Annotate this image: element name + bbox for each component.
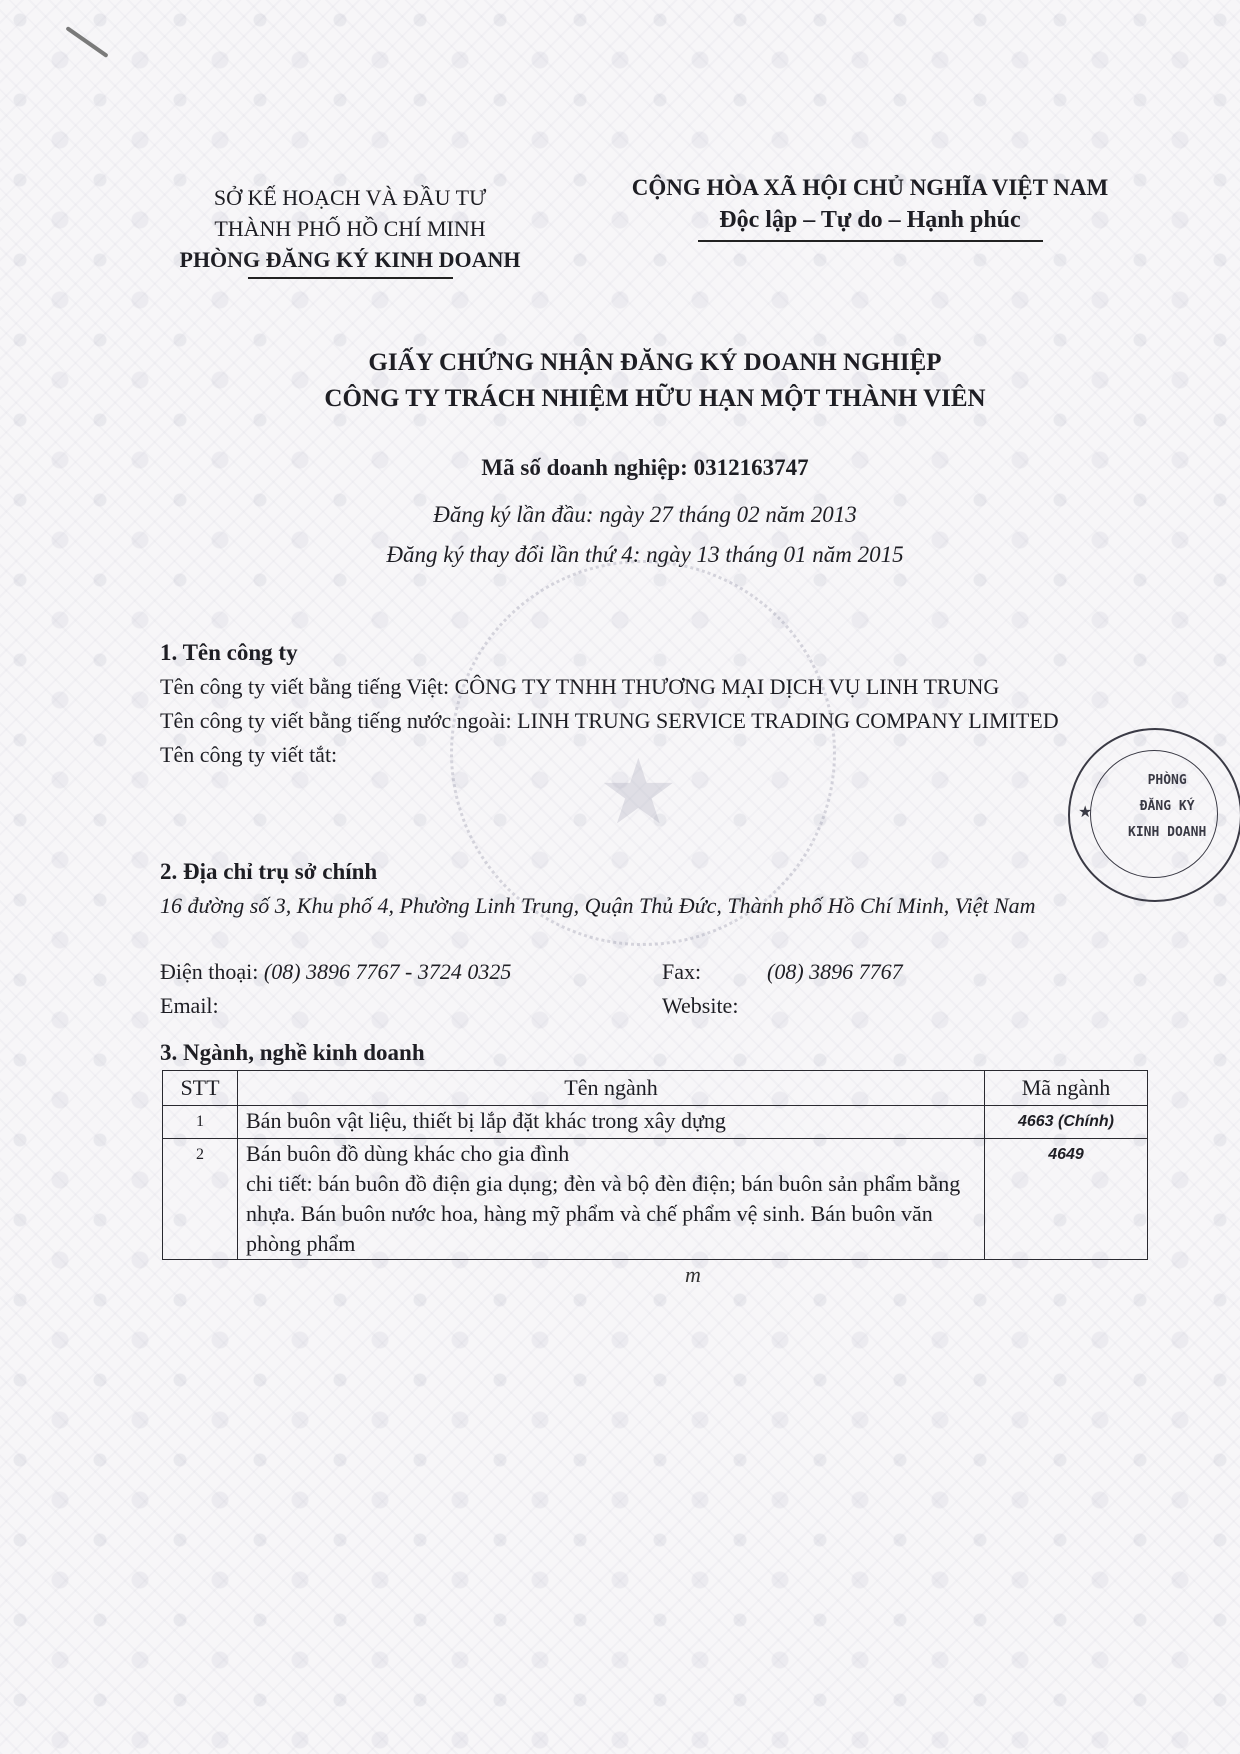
title-line-2: CÔNG TY TRÁCH NHIỆM HỮU HẠN MỘT THÀNH VI… [230, 381, 1080, 417]
enterprise-code: Mã số doanh nghiệp: 0312163747 [300, 455, 990, 481]
row-name-main: Bán buôn đồ dùng khác cho gia đình [246, 1139, 976, 1169]
authority-line-2: THÀNH PHỐ HỒ CHÍ MINH [150, 213, 550, 244]
row-name-detail: chi tiết: bán buôn đồ điện gia dụng; đèn… [246, 1169, 976, 1259]
row-code: 4649 [985, 1139, 1148, 1260]
column-header-name: Tên ngành [238, 1071, 985, 1106]
handwritten-initial: m [685, 1262, 701, 1288]
row-code: 4663 (Chính) [985, 1106, 1148, 1139]
change-registration: Đăng ký thay đổi lần thứ 4: ngày 13 thán… [300, 535, 990, 575]
national-header: CỘNG HÒA XÃ HỘI CHỦ NGHĨA VIỆT NAM Độc l… [600, 172, 1140, 242]
row-stt: 1 [163, 1106, 238, 1139]
seal-line-1: PHÒNG [1128, 768, 1206, 794]
contact-info: Điện thoại: (08) 3896 7767 - 3724 0325 F… [160, 955, 1060, 1023]
foreign-name: Tên công ty viết bằng tiếng nước ngoài: … [160, 704, 1060, 738]
nation-name: CỘNG HÒA XÃ HỘI CHỦ NGHĨA VIỆT NAM [600, 172, 1140, 204]
column-header-stt: STT [163, 1071, 238, 1106]
fax-label: Fax: [662, 955, 767, 989]
row-stt: 2 [163, 1139, 238, 1260]
seal-star-icon: ★ [1078, 802, 1092, 822]
first-registration: Đăng ký lần đầu: ngày 27 tháng 02 năm 20… [300, 495, 990, 535]
seal-line-2: ĐĂNG KÝ [1128, 794, 1206, 820]
official-seal: ★ PHÒNG ĐĂNG KÝ KINH DOANH [1068, 728, 1240, 902]
row-name: Bán buôn đồ dùng khác cho gia đình chi t… [238, 1139, 985, 1260]
email-label: Email: [160, 989, 662, 1023]
short-name: Tên công ty viết tắt: [160, 738, 1140, 772]
phone-value: (08) 3896 7767 - 3724 0325 [264, 959, 511, 984]
motto-divider [698, 240, 1043, 242]
table-row: 2 Bán buôn đồ dùng khác cho gia đình chi… [163, 1139, 1148, 1260]
section-3-title: 3. Ngành, nghề kinh doanh [160, 1036, 425, 1070]
section-company-name: 1. Tên công ty Tên công ty viết bằng tiế… [160, 636, 1140, 772]
section-1-title: 1. Tên công ty [160, 636, 1140, 670]
section-address: 2. Địa chỉ trụ sở chính 16 đường số 3, K… [160, 855, 1110, 923]
section-2-title: 2. Địa chỉ trụ sở chính [160, 855, 1110, 889]
table-row: 1 Bán buôn vật liệu, thiết bị lắp đặt kh… [163, 1106, 1148, 1139]
head-office-address: 16 đường số 3, Khu phố 4, Phường Linh Tr… [160, 889, 1110, 923]
authority-line-3: PHÒNG ĐĂNG KÝ KINH DOANH [150, 244, 550, 275]
title-line-1: GIẤY CHỨNG NHẬN ĐĂNG KÝ DOANH NGHIỆP [230, 345, 1080, 381]
header-divider [248, 277, 453, 279]
national-motto: Độc lập – Tự do – Hạnh phúc [600, 204, 1140, 236]
registration-dates: Đăng ký lần đầu: ngày 27 tháng 02 năm 20… [300, 495, 990, 575]
business-lines-table: STT Tên ngành Mã ngành 1 Bán buôn vật li… [162, 1070, 1148, 1260]
issuing-authority-header: SỞ KẾ HOẠCH VÀ ĐẦU TƯ THÀNH PHỐ HỒ CHÍ M… [150, 182, 550, 279]
authority-line-1: SỞ KẾ HOẠCH VÀ ĐẦU TƯ [150, 182, 550, 213]
vietnamese-name: Tên công ty viết bằng tiếng Việt: CÔNG T… [160, 670, 1140, 704]
seal-text: PHÒNG ĐĂNG KÝ KINH DOANH [1128, 768, 1206, 846]
seal-line-3: KINH DOANH [1128, 820, 1206, 846]
fax-value: (08) 3896 7767 [767, 959, 903, 984]
document-title: GIẤY CHỨNG NHẬN ĐĂNG KÝ DOANH NGHIỆP CÔN… [230, 345, 1080, 417]
phone-label: Điện thoại: [160, 959, 258, 984]
website-label: Website: [662, 989, 738, 1023]
column-header-code: Mã ngành [985, 1071, 1148, 1106]
row-name: Bán buôn vật liệu, thiết bị lắp đặt khác… [238, 1106, 985, 1139]
